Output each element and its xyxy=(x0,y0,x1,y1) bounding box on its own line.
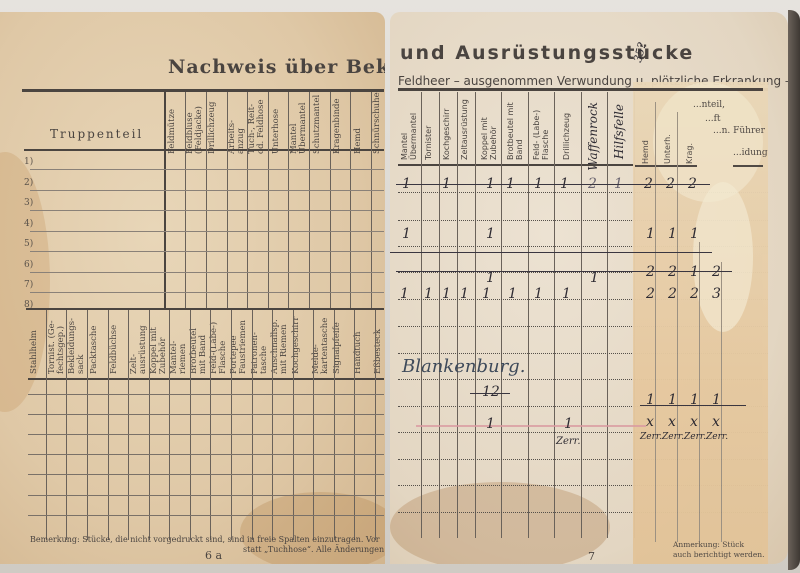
grid-line xyxy=(206,92,207,310)
column-header: Tuch-, Reit- od. Feldhose xyxy=(248,96,266,154)
handwritten-entry: 2 xyxy=(646,286,655,302)
handwritten-entry: x xyxy=(646,414,654,430)
grid-line xyxy=(371,92,372,310)
row-line xyxy=(30,169,384,170)
grid-line xyxy=(330,92,331,310)
grid-line xyxy=(227,92,228,310)
row-number: 3) xyxy=(24,198,33,208)
column-header: Koppel mit Zubehör xyxy=(150,314,168,374)
grid-line xyxy=(309,92,310,310)
grid-line xyxy=(66,310,67,540)
column-header: Schutzmantel xyxy=(313,96,322,154)
row-number: 6) xyxy=(24,260,33,270)
grid-line xyxy=(501,92,502,538)
row-number: 7) xyxy=(24,280,33,290)
slip-grid-line xyxy=(699,242,700,542)
handwritten-entry: 1 xyxy=(402,226,411,242)
handwritten-entry: 1 xyxy=(460,286,469,302)
column-header: Schnürschuhe xyxy=(373,96,382,154)
row-line xyxy=(30,190,384,191)
grid-line xyxy=(528,92,529,538)
column-header: Tornist. (Ge-fechtsgep.) xyxy=(48,314,66,374)
grid-row-line xyxy=(28,434,384,435)
column-header: Drillichzeug xyxy=(208,96,217,154)
handwritten-entry: 1 xyxy=(400,286,409,302)
slip-remark-line2: auch berichtigt werden. xyxy=(673,550,764,559)
column-header: Handtuch xyxy=(354,314,363,374)
grid-line xyxy=(252,310,253,540)
grid-line xyxy=(190,310,191,540)
column-header: Kragenbinde xyxy=(333,96,342,154)
handwritten-column-header: Waffenrock xyxy=(586,102,600,171)
handwritten-entry: 1 xyxy=(442,286,451,302)
left-page: Nachweis über Bekleidun Truppenteil Feld… xyxy=(0,12,385,564)
grid-line xyxy=(268,92,269,310)
slip-column-header: Unterh. xyxy=(663,126,672,164)
section-rule xyxy=(26,308,384,310)
grid-line xyxy=(607,92,608,538)
column-header: Feldbluse (Feldjacke) xyxy=(186,96,204,154)
column-header: Feldbüchse xyxy=(110,314,119,374)
handwritten-entry: 1 xyxy=(486,226,495,242)
column-header: Tornister xyxy=(424,98,433,160)
handwritten-entry: 1 xyxy=(590,270,599,286)
column-header: Brotbeutel mit Band xyxy=(190,314,208,374)
slip-grid-line xyxy=(655,102,656,542)
grid-line xyxy=(169,310,170,540)
red-pencil-line xyxy=(416,425,646,427)
row-line xyxy=(30,272,384,273)
handwritten-entry: 3 xyxy=(712,286,721,302)
grid-line xyxy=(421,92,422,538)
row-line xyxy=(30,231,384,232)
grid-row-line xyxy=(28,474,384,475)
column-header: Feldmütze xyxy=(168,96,177,154)
grid-row-line xyxy=(28,454,384,455)
handwritten-entry: 1 xyxy=(424,286,433,302)
column-header: Packtasche xyxy=(90,314,99,374)
handwritten-entry: 1 xyxy=(486,270,495,286)
page-title-left: Nachweis über Bekleidun xyxy=(168,56,385,78)
handwritten-note: Zerr. xyxy=(706,432,728,442)
column-header: Melde-kartentasche xyxy=(312,314,330,374)
column-header: Stahlhelm xyxy=(30,314,39,374)
column-header: Brotbeutel mit Band xyxy=(506,98,524,160)
handwritten-entry: 1 xyxy=(562,286,571,302)
grid-row-line xyxy=(28,515,384,516)
column-header: Feld-(Labe-) Flasche xyxy=(210,314,228,374)
page-number-right: 7 xyxy=(588,550,595,563)
grid-line xyxy=(128,310,129,540)
handwritten-entry: 2 xyxy=(712,264,721,280)
remark-text-line2: statt „Tuchhose“. Alle Änderungen xyxy=(243,545,384,554)
handwritten-entry: x xyxy=(690,414,698,430)
slip-header-fragment: ...nteil, xyxy=(693,100,725,110)
column-header: Unterhose xyxy=(272,96,281,154)
row-number: 5) xyxy=(24,239,33,249)
handwritten-entry: 2 xyxy=(668,286,677,302)
grid-line xyxy=(149,310,150,540)
slip-column-header: Krag. xyxy=(685,126,694,164)
handwritten-entry: 1 xyxy=(482,286,491,302)
row-line xyxy=(30,292,384,293)
handwritten-entry: 2 xyxy=(646,264,655,280)
grid-divider xyxy=(164,92,166,310)
handwritten-entry: 1 xyxy=(486,416,495,432)
column-header: Mantel-riemen xyxy=(170,314,188,374)
handwritten-entry: 1 xyxy=(690,264,699,280)
grid-line xyxy=(375,310,376,540)
column-header: Feld- (Labe-) Flasche xyxy=(532,98,550,160)
grid-line xyxy=(288,92,289,310)
slip-header-fragment: ...idung xyxy=(733,148,768,158)
handwritten-entry: 12 xyxy=(482,384,500,400)
slip-header-fragment: ...ft xyxy=(705,114,721,124)
right-page: und Ausrüstungsstücke 35? Feldheer – aus… xyxy=(390,12,788,564)
handwritten-note: Zerr. xyxy=(684,432,706,442)
grid-row-line xyxy=(28,394,384,395)
paper-damage xyxy=(693,182,753,332)
slip-header-fragment: ...n. Führer xyxy=(713,126,765,136)
grid-line xyxy=(231,310,232,540)
slip-grid-line xyxy=(721,262,722,542)
grid-line xyxy=(108,310,109,540)
header-bottom-rule xyxy=(398,164,636,166)
grid-line xyxy=(554,92,555,538)
truppenteil-label: Truppenteil xyxy=(50,127,143,141)
grid-line xyxy=(354,310,355,540)
strikethrough-line xyxy=(396,184,710,185)
grid-line xyxy=(581,92,582,538)
column-header: Drillichzeug xyxy=(562,98,571,160)
handwritten-entry: 1 xyxy=(646,226,655,242)
slip-remark: Anmerkung: Stück xyxy=(673,540,744,549)
column-header: Zelt-ausrüstung xyxy=(130,314,148,374)
column-header: Hemd xyxy=(354,96,363,154)
grid-line xyxy=(87,310,88,540)
row-number: 1) xyxy=(24,157,33,167)
handwritten-entry: 1 xyxy=(534,286,543,302)
grid-line xyxy=(210,310,211,540)
row-number: 2) xyxy=(24,178,33,188)
slip-grid-line xyxy=(677,112,678,542)
strikethrough-line xyxy=(396,271,732,272)
grid-row-line xyxy=(28,495,384,496)
handwritten-entry: 2 xyxy=(668,264,677,280)
grid-line xyxy=(293,310,294,540)
strikethrough-line xyxy=(470,393,510,394)
handwritten-entry: x xyxy=(712,414,720,430)
row-line xyxy=(30,251,384,252)
row-line xyxy=(30,210,384,211)
grid-line xyxy=(350,92,351,310)
slip-header-bottom-rule xyxy=(733,165,763,167)
handwritten-entry: 1 xyxy=(690,226,699,242)
handwritten-note: Zerr. xyxy=(556,436,581,447)
grid-line xyxy=(439,92,440,538)
strikethrough-line xyxy=(640,405,746,406)
grid-line xyxy=(313,310,314,540)
stain xyxy=(390,482,610,564)
remark-text: Bemerkung: Stücke, die nicht vorgedruckt… xyxy=(30,535,380,544)
row-number: 4) xyxy=(24,219,33,229)
handwritten-entry: 1 xyxy=(508,286,517,302)
slip-column-header: Hemd xyxy=(641,126,650,164)
handwritten-location: Blankenburg. xyxy=(402,356,525,377)
grid-line xyxy=(334,310,335,540)
pasted-slip: ...nteil, ...ft ...n. Führer ...idung He… xyxy=(633,82,768,564)
grid-line xyxy=(457,92,458,538)
column-header: Mantel Übermantel xyxy=(290,96,308,154)
column-header: Bekleidungs-sack xyxy=(68,314,86,374)
strikethrough-line xyxy=(390,252,712,253)
column-header: Zeltausrüstung xyxy=(460,98,469,160)
grid-line xyxy=(247,92,248,310)
handwritten-note: Zerr. xyxy=(640,432,662,442)
column-header: Anschnallsp. mit Riemen xyxy=(271,314,289,374)
header-bottom-rule xyxy=(28,378,384,380)
grid-row-line xyxy=(28,414,384,415)
page-number-left: 6 a xyxy=(205,549,222,562)
slip-header-rule xyxy=(633,88,763,91)
handwritten-entry: 2 xyxy=(690,286,699,302)
column-header: Portepee Faustriemen xyxy=(230,314,248,374)
handwritten-entry: 1 xyxy=(668,226,677,242)
book-cover-edge xyxy=(788,10,800,570)
page-title-right: und Ausrüstungsstücke xyxy=(400,42,694,64)
handwritten-entry: x xyxy=(668,414,676,430)
column-header: Mantel Übermantel xyxy=(400,98,418,160)
grid-line xyxy=(185,92,186,310)
column-header: Koppel mit Zubehör xyxy=(480,98,498,160)
grid-line xyxy=(475,92,476,538)
grid-line xyxy=(46,310,47,540)
column-header: Patronen-tasche xyxy=(251,314,269,374)
column-header: Kochgeschirr xyxy=(442,98,451,160)
handwritten-note: Zerr. xyxy=(662,432,684,442)
handwritten-entry: 1 xyxy=(564,416,573,432)
handwritten-column-header: Hilfsfelle xyxy=(612,104,626,159)
column-header: Arbeits-anzug xyxy=(228,96,246,154)
slip-header-bottom-rule xyxy=(635,165,697,167)
grid-line xyxy=(272,310,273,540)
